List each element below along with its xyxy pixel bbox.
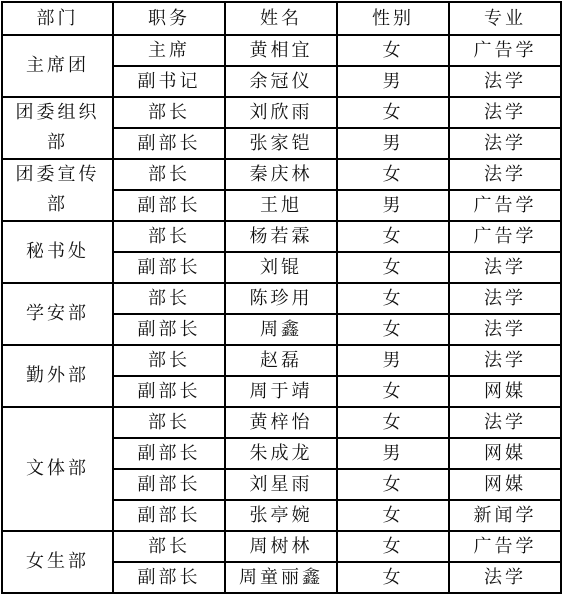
department-cell: 团委宣传部 — [2, 159, 113, 221]
major-cell: 法学 — [449, 252, 561, 283]
major-cell: 广告学 — [449, 190, 561, 221]
position-cell: 副部长 — [113, 252, 225, 283]
major-cell: 法学 — [449, 314, 561, 345]
header-major: 专业 — [449, 2, 561, 35]
name-cell: 赵磊 — [225, 345, 337, 376]
table-body: 主席团主席黄相宜女广告学副书记余冠仪男法学团委组织部部长刘欣雨女法学副部长张家铠… — [2, 35, 561, 593]
header-gender: 性别 — [337, 2, 449, 35]
name-cell: 张家铠 — [225, 128, 337, 159]
name-cell: 王旭 — [225, 190, 337, 221]
major-cell: 法学 — [449, 345, 561, 376]
major-cell: 网媒 — [449, 469, 561, 500]
name-cell: 周鑫 — [225, 314, 337, 345]
roster-table: 部门 职务 姓名 性别 专业 主席团主席黄相宜女广告学副书记余冠仪男法学团委组织… — [1, 1, 562, 594]
gender-cell: 女 — [337, 314, 449, 345]
table-row: 学安部部长陈珍用女法学 — [2, 283, 561, 314]
gender-cell: 男 — [337, 345, 449, 376]
position-cell: 副部长 — [113, 500, 225, 531]
department-cell: 女生部 — [2, 531, 113, 593]
gender-cell: 女 — [337, 407, 449, 438]
major-cell: 法学 — [449, 66, 561, 97]
gender-cell: 女 — [337, 159, 449, 190]
position-cell: 副部长 — [113, 190, 225, 221]
position-cell: 部长 — [113, 97, 225, 128]
gender-cell: 男 — [337, 190, 449, 221]
name-cell: 秦庆林 — [225, 159, 337, 190]
position-cell: 部长 — [113, 221, 225, 252]
position-cell: 副部长 — [113, 128, 225, 159]
department-cell: 文体部 — [2, 407, 113, 531]
name-cell: 周童丽鑫 — [225, 562, 337, 593]
gender-cell: 女 — [337, 97, 449, 128]
major-cell: 广告学 — [449, 221, 561, 252]
table-row: 女生部部长周树林女广告学 — [2, 531, 561, 562]
name-cell: 刘欣雨 — [225, 97, 337, 128]
position-cell: 副书记 — [113, 66, 225, 97]
major-cell: 网媒 — [449, 438, 561, 469]
position-cell: 部长 — [113, 283, 225, 314]
position-cell: 副部长 — [113, 314, 225, 345]
gender-cell: 女 — [337, 562, 449, 593]
name-cell: 刘锟 — [225, 252, 337, 283]
name-cell: 刘星雨 — [225, 469, 337, 500]
table-row: 主席团主席黄相宜女广告学 — [2, 35, 561, 66]
name-cell: 余冠仪 — [225, 66, 337, 97]
major-cell: 网媒 — [449, 376, 561, 407]
department-cell: 勤外部 — [2, 345, 113, 407]
position-cell: 副部长 — [113, 438, 225, 469]
gender-cell: 男 — [337, 128, 449, 159]
position-cell: 主席 — [113, 35, 225, 66]
position-cell: 副部长 — [113, 376, 225, 407]
major-cell: 法学 — [449, 283, 561, 314]
name-cell: 黄相宜 — [225, 35, 337, 66]
major-cell: 法学 — [449, 159, 561, 190]
header-position: 职务 — [113, 2, 225, 35]
position-cell: 部长 — [113, 159, 225, 190]
position-cell: 副部长 — [113, 562, 225, 593]
name-cell: 周树林 — [225, 531, 337, 562]
header-row: 部门 职务 姓名 性别 专业 — [2, 2, 561, 35]
name-cell: 张亭婉 — [225, 500, 337, 531]
gender-cell: 女 — [337, 283, 449, 314]
table-row: 团委宣传部部长秦庆林女法学 — [2, 159, 561, 190]
department-cell: 学安部 — [2, 283, 113, 345]
major-cell: 广告学 — [449, 531, 561, 562]
gender-cell: 女 — [337, 500, 449, 531]
header-name: 姓名 — [225, 2, 337, 35]
gender-cell: 女 — [337, 221, 449, 252]
name-cell: 朱成龙 — [225, 438, 337, 469]
major-cell: 新闻学 — [449, 500, 561, 531]
major-cell: 法学 — [449, 407, 561, 438]
name-cell: 杨若霖 — [225, 221, 337, 252]
name-cell: 陈珍用 — [225, 283, 337, 314]
name-cell: 周于靖 — [225, 376, 337, 407]
header-department: 部门 — [2, 2, 113, 35]
position-cell: 部长 — [113, 407, 225, 438]
gender-cell: 男 — [337, 66, 449, 97]
name-cell: 黄梓怡 — [225, 407, 337, 438]
department-cell: 主席团 — [2, 35, 113, 97]
position-cell: 部长 — [113, 345, 225, 376]
gender-cell: 女 — [337, 252, 449, 283]
major-cell: 法学 — [449, 562, 561, 593]
major-cell: 法学 — [449, 128, 561, 159]
gender-cell: 女 — [337, 531, 449, 562]
table-row: 勤外部部长赵磊男法学 — [2, 345, 561, 376]
department-cell: 秘书处 — [2, 221, 113, 283]
table-row: 文体部部长黄梓怡女法学 — [2, 407, 561, 438]
major-cell: 法学 — [449, 97, 561, 128]
gender-cell: 女 — [337, 35, 449, 66]
position-cell: 副部长 — [113, 469, 225, 500]
gender-cell: 女 — [337, 376, 449, 407]
table-row: 秘书处部长杨若霖女广告学 — [2, 221, 561, 252]
gender-cell: 男 — [337, 438, 449, 469]
table-row: 团委组织部部长刘欣雨女法学 — [2, 97, 561, 128]
position-cell: 部长 — [113, 531, 225, 562]
major-cell: 广告学 — [449, 35, 561, 66]
department-cell: 团委组织部 — [2, 97, 113, 159]
gender-cell: 女 — [337, 469, 449, 500]
